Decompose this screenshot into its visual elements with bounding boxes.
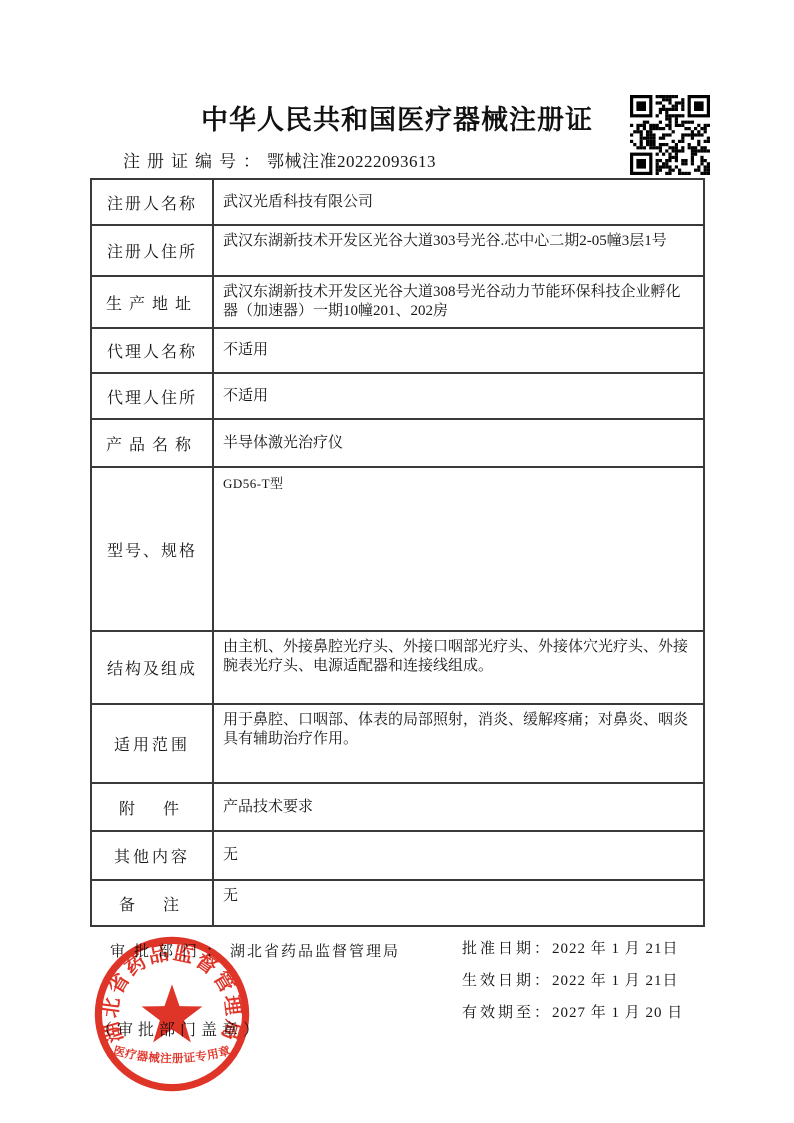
table-row: 代理人住所 不适用	[91, 373, 704, 419]
table-row: 产品名称 半导体激光治疗仪	[91, 419, 704, 467]
effective-date-label: 生效日期：	[462, 973, 552, 989]
approval-date: 批准日期：2022 年 1 月 21日	[462, 940, 683, 959]
certificate-page: 中华人民共和国医疗器械注册证 注册证编号：鄂械注准20222093613 注册人…	[0, 0, 794, 1123]
row-label: 注册人住所	[91, 225, 213, 276]
approval-date-value: 2022 年 1 月 21日	[552, 941, 679, 957]
row-label: 代理人名称	[91, 328, 213, 373]
row-label: 其他内容	[91, 831, 213, 880]
expiry-date: 有效期至：2027 年 1 月 20 日	[462, 1004, 683, 1023]
row-label: 生产地址	[91, 276, 213, 328]
row-value: GD56-T型	[213, 467, 704, 631]
effective-date: 生效日期：2022 年 1 月 21日	[462, 972, 683, 991]
row-value: 用于鼻腔、口咽部、体表的局部照射，消炎、缓解疼痛；对鼻炎、咽炎具有辅助治疗作用。	[213, 704, 704, 783]
table-row: 结构及组成 由主机、外接鼻腔光疗头、外接口咽部光疗头、外接体穴光疗头、外接腕表光…	[91, 631, 704, 704]
row-value: 无	[213, 831, 704, 880]
table-row: 代理人名称 不适用	[91, 328, 704, 373]
expiry-date-value: 2027 年 1 月 20 日	[552, 1005, 683, 1021]
registration-number-value: 鄂械注准20222093613	[267, 152, 436, 171]
row-value: 无	[213, 880, 704, 926]
table-row: 生产地址 武汉东湖新技术开发区光谷大道308号光谷动力节能环保科技企业孵化器（加…	[91, 276, 704, 328]
row-label: 注册人名称	[91, 179, 213, 225]
row-value: 半导体激光治疗仪	[213, 419, 704, 467]
approval-department-value: 湖北省药品监督管理局	[230, 944, 400, 960]
row-value: 武汉东湖新技术开发区光谷大道303号光谷.芯中心二期2-05幢3层1号	[213, 225, 704, 276]
date-block: 批准日期：2022 年 1 月 21日 生效日期：2022 年 1 月 21日 …	[462, 940, 683, 1036]
expiry-date-label: 有效期至：	[462, 1005, 552, 1021]
table-row: 型号、规格 GD56-T型	[91, 467, 704, 631]
table-row: 附 件 产品技术要求	[91, 783, 704, 831]
table-row: 适用范围 用于鼻腔、口咽部、体表的局部照射，消炎、缓解疼痛；对鼻炎、咽炎具有辅助…	[91, 704, 704, 783]
stamp-bottom-text: 医疗器械注册证专用章	[112, 1043, 232, 1065]
table-row: 注册人住所 武汉东湖新技术开发区光谷大道303号光谷.芯中心二期2-05幢3层1…	[91, 225, 704, 276]
row-value: 武汉东湖新技术开发区光谷大道308号光谷动力节能环保科技企业孵化器（加速器）一期…	[213, 276, 704, 328]
row-label: 结构及组成	[91, 631, 213, 704]
table-row: 备 注 无	[91, 880, 704, 926]
row-value: 产品技术要求	[213, 783, 704, 831]
certificate-table: 注册人名称 武汉光盾科技有限公司 注册人住所 武汉东湖新技术开发区光谷大道303…	[90, 178, 705, 927]
row-label: 型号、规格	[91, 467, 213, 631]
qr-code	[630, 95, 710, 175]
row-value: 武汉光盾科技有限公司	[213, 179, 704, 225]
registration-number: 注册证编号：鄂械注准20222093613	[123, 147, 436, 172]
official-stamp: 湖北省药品监督管理局 医疗器械注册证专用章	[92, 934, 252, 1094]
row-value: 由主机、外接鼻腔光疗头、外接口咽部光疗头、外接体穴光疗头、外接腕表光疗头、电源适…	[213, 631, 704, 704]
row-value: 不适用	[213, 373, 704, 419]
registration-number-label: 注册证编号：	[123, 152, 267, 171]
table-row: 注册人名称 武汉光盾科技有限公司	[91, 179, 704, 225]
row-value: 不适用	[213, 328, 704, 373]
effective-date-value: 2022 年 1 月 21日	[552, 973, 679, 989]
stamp-star-icon	[142, 984, 203, 1042]
row-label: 适用范围	[91, 704, 213, 783]
table-row: 其他内容 无	[91, 831, 704, 880]
row-label: 备 注	[91, 880, 213, 926]
approval-date-label: 批准日期：	[462, 941, 552, 957]
row-label: 产品名称	[91, 419, 213, 467]
row-label: 代理人住所	[91, 373, 213, 419]
row-label: 附 件	[91, 783, 213, 831]
